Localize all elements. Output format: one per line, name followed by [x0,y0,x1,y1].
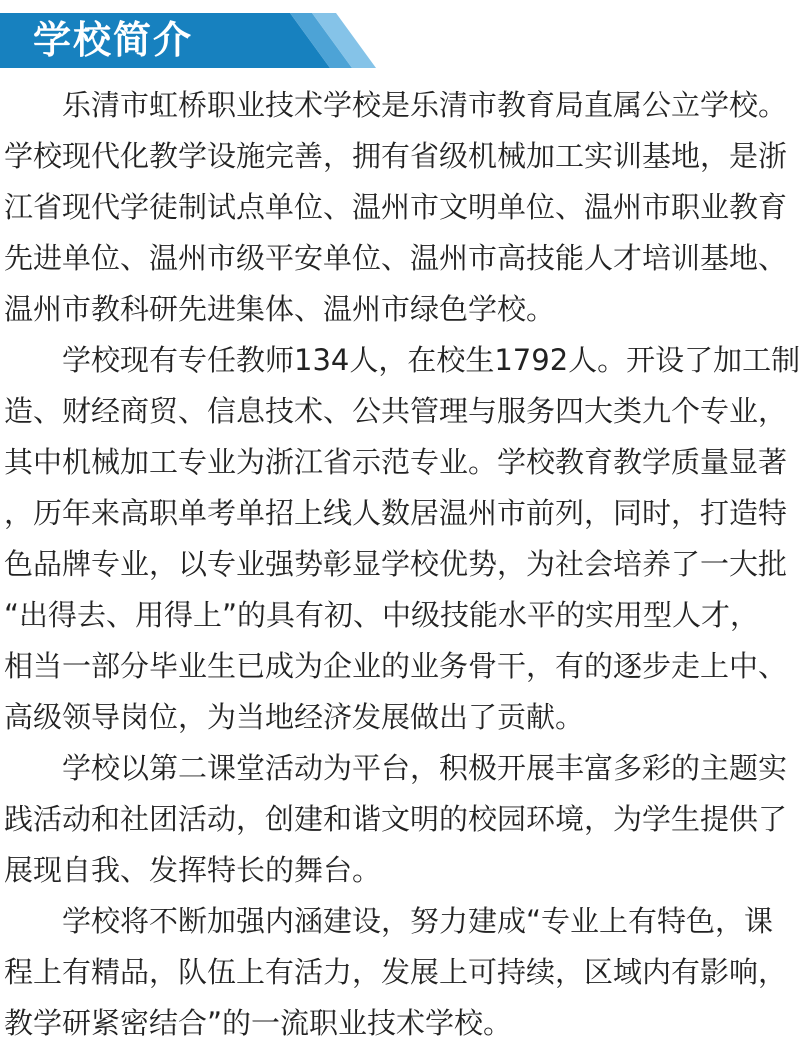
text-line: ，历年来高职单考单招上线人数居温州市前列，同时，打造特 [4,488,796,539]
section-header-banner: 学校简介 [0,13,380,68]
text-line: 学校现代化教学设施完善，拥有省级机械加工实训基地，是浙 [4,131,796,182]
text-line: 先进单位、温州市级平安单位、温州市高技能人才培训基地、 [4,233,796,284]
paragraph-4: 学校将不断加强内涵建设，努力建成“专业上有特色，课 程上有精品，队伍上有活力，发… [4,896,796,1043]
text-line: 教学研紧密结合”的一流职业技术学校。 [4,998,796,1043]
section-title: 学校简介 [33,13,193,68]
text-line: 温州市教科研先进集体、温州市绿色学校。 [4,284,796,335]
text-line: 相当一部分毕业生已成为企业的业务骨干，有的逐步走上中、 [4,641,796,692]
paragraph-3: 学校以第二课堂活动为平台，积极开展丰富多彩的主题实 践活动和社团活动，创建和谐文… [4,743,796,896]
text-line: 践活动和社团活动，创建和谐文明的校园环境，为学生提供了 [4,794,796,845]
text-line: 其中机械加工专业为浙江省示范专业。学校教育教学质量显著 [4,437,796,488]
text-line: 学校以第二课堂活动为平台，积极开展丰富多彩的主题实 [4,743,796,794]
school-intro-body: 乐清市虹桥职业技术学校是乐清市教育局直属公立学校。 学校现代化教学设施完善，拥有… [4,80,796,1043]
text-line: 学校将不断加强内涵建设，努力建成“专业上有特色，课 [4,896,796,947]
text-line: 展现自我、发挥特长的舞台。 [4,845,796,896]
text-line: 色品牌专业，以专业强势彰显学校优势，为社会培养了一大批 [4,539,796,590]
text-line: 学校现有专任教师134人，在校生1792人。开设了加工制 [4,335,796,386]
text-line: “出得去、用得上”的具有初、中级技能水平的实用型人才， [4,590,796,641]
paragraph-2: 学校现有专任教师134人，在校生1792人。开设了加工制 造、财经商贸、信息技术… [4,335,796,743]
text-line: 程上有精品，队伍上有活力，发展上可持续，区域内有影响， [4,947,796,998]
text-line: 造、财经商贸、信息技术、公共管理与服务四大类九个专业， [4,386,796,437]
text-line: 江省现代学徒制试点单位、温州市文明单位、温州市职业教育 [4,182,796,233]
text-line: 乐清市虹桥职业技术学校是乐清市教育局直属公立学校。 [4,80,796,131]
text-line: 高级领导岗位，为当地经济发展做出了贡献。 [4,692,796,743]
paragraph-1: 乐清市虹桥职业技术学校是乐清市教育局直属公立学校。 学校现代化教学设施完善，拥有… [4,80,796,335]
